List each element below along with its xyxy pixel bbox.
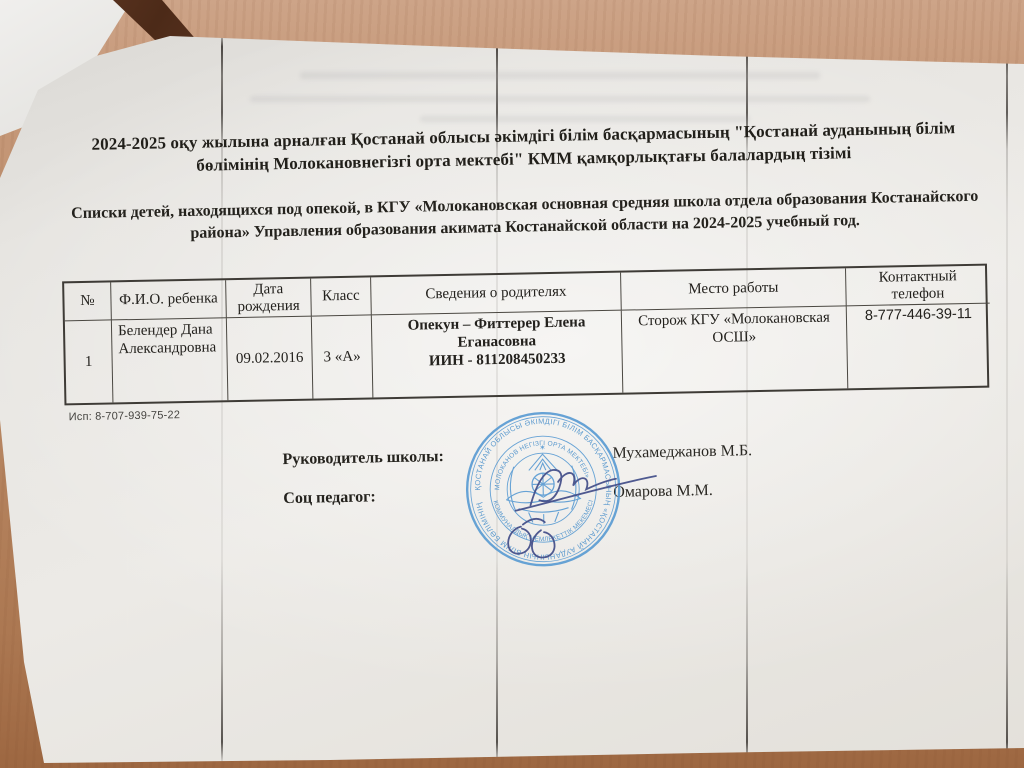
signature-role-director: Руководитель школы:	[282, 448, 444, 469]
document-sheet: 2024-2025 оқу жылына арналған Қостанай о…	[0, 0, 1024, 768]
document-title-kazakh: 2024-2025 оқу жылына арналған Қостанай о…	[56, 116, 991, 180]
col-header-birthdate: Дата рождения	[226, 279, 312, 319]
col-header-phone: Контактный телефон	[846, 266, 990, 307]
cell-workplace: Сторож КГУ «Молокановская ОСШ»	[622, 306, 849, 392]
cell-contact-phone: 8-777-446-39-11	[847, 304, 992, 389]
cell-class: 3 «А»	[312, 315, 374, 398]
photo-of-document: { "document": { "title_kk": "2024-2025 о…	[0, 0, 1024, 768]
print-bleedthrough	[250, 96, 870, 102]
print-bleedthrough	[300, 72, 820, 79]
cell-birth-date: 09.02.2016	[227, 317, 314, 401]
printed-content: 2024-2025 оқу жылына арналған Қостанай о…	[28, 101, 1005, 759]
cell-child-name: Белендер Дана Александровна	[112, 318, 229, 402]
paper-crease	[1006, 32, 1008, 764]
executor-phone-note: Исп: 8-707-939-75-22	[69, 409, 181, 423]
guardianship-table: № Ф.И.О. ребенка Дата рождения Класс Све…	[62, 264, 989, 406]
cell-row-number: 1	[65, 320, 114, 403]
col-header-parents: Сведения о родителях	[371, 273, 622, 316]
document-title-russian: Списки детей, находящихся под опекой, в …	[58, 186, 993, 248]
col-header-workplace: Место работы	[621, 268, 847, 310]
handwritten-signature	[459, 407, 697, 566]
guardian-iin-line: ИИН - 811208450233	[379, 349, 616, 372]
cell-parents-info: Опекун – Фиттерер Елена Еганасовна ИИН -…	[372, 311, 624, 398]
col-header-fio: Ф.И.О. ребенка	[111, 280, 227, 320]
col-header-number: №	[64, 282, 112, 321]
signature-role-social-pedagogue: Соц педагог:	[283, 488, 376, 508]
guardian-name-line: Опекун – Фиттерер Елена Еганасовна	[378, 313, 616, 354]
col-header-class: Класс	[311, 277, 372, 316]
